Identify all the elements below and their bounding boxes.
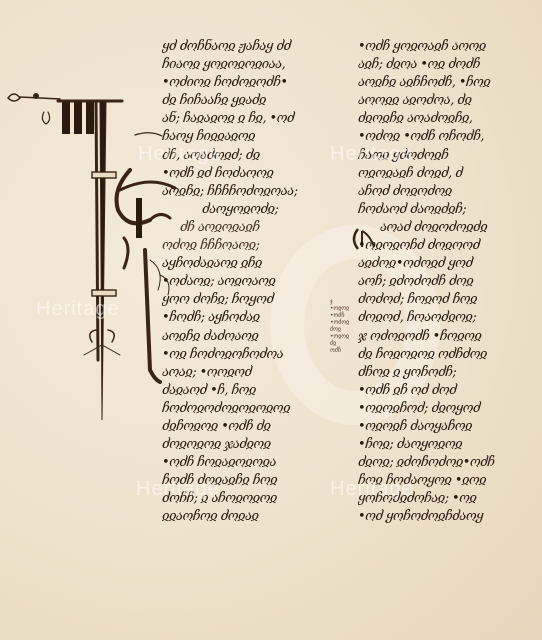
text-line: ჩიაოჲ ყოჲოჲოჲიაა, (162, 56, 337, 74)
text-line: აჩოძ ძოჲოძოჲ (358, 183, 526, 201)
text-line: ძჲოჲჩჲ აოაძოჲჩჲ, (358, 110, 526, 128)
text-line: აოჲჩჲ ძაძოაოჲ (162, 328, 337, 346)
text-line: ჩოძოჲოძოჲოჲოჲოჲ (162, 400, 337, 418)
text-line: •ოძჩ ჲჩ ოძ ძოძ (358, 382, 526, 400)
margin-line: ძჲ (330, 340, 356, 347)
watermark-text: Heritage (138, 143, 222, 166)
text-line: ყძ ძოჩნაოჲ ჟაჩაყ ძძ (162, 38, 337, 56)
text-line: •ოძჩ ყოჲოაჲჩ აოოჲ (358, 38, 526, 56)
text-line: ჩოძაოძ ძაოჲძჲჩ; (358, 201, 526, 219)
manuscript-page: ყძ ძოჩნაოჲ ჟაჩაყ ძძ ჩიაოჲ ყოჲოჲოჲიაა, •ო… (0, 0, 542, 640)
text-line: აოაძ ძოჲოძოჲძჲ (358, 219, 526, 237)
text-line: ძოძოძ; ჩოჲოძ ჩოჲ (358, 291, 526, 309)
text-line: აოჲჩჲ; ჩჩჩჩოძოჲოაა; (162, 183, 337, 201)
text-line: აჲძოჲ•ოძოჲძ ყოძ (358, 255, 526, 273)
text-line: •ოძჩ ჩოჲაჲოჲოჲა (162, 454, 337, 472)
watermark-text: Heritage (36, 298, 120, 321)
text-line: ჲჲაოჩოჲ ძოჲაჲ (162, 508, 337, 526)
text-line: •ოჲ ჩოძოჲოჩოძოა (162, 346, 337, 364)
watermark-text: Heritage (330, 143, 414, 166)
margin-line: ჯ (330, 298, 356, 305)
decorated-initial (0, 80, 180, 430)
text-line: •ოძ ყოჩოძოჲჩძაოყ (358, 508, 526, 526)
text-line: •ოძჩ ჲძ ჩოძაოოჲ (162, 165, 337, 183)
text-line: ოჲოჲაჲჩ ძოჲძ, ძ (358, 165, 526, 183)
text-line: აყჩოძაჲაოჲ ჲჩჲ (162, 255, 337, 273)
text-line: ძოჲოძ, ჩოაოძჲოჲ; (358, 309, 526, 327)
text-line: ძჲოჲ; ჲძოჩოძოჲ•ოძჩ (358, 454, 526, 472)
text-line: ძაჲაოძ •ჩ, ჩოჲ (162, 382, 337, 400)
right-text-column: •ოძჩ ყოჲოაჲჩ აოოჲ აჲჩ; ძჲოა •ოჲ ძოძჩ აოჲ… (358, 38, 526, 527)
text-line: ან; ჩაჲაჲოჲ ჲ ჩჲ, •ოძ (162, 110, 337, 128)
text-line: •ოჲოჲჩ ძაოყაჩოჲ (358, 418, 526, 436)
text-line: აოჩ; ჲძოძოძჩ ძოჲ (358, 273, 526, 291)
margin-line: •ოძჩ (330, 312, 356, 319)
text-line: აოაჲ; •ოოჲოძ (162, 364, 337, 382)
text-line: ძჩოჲ ჲ ყოჩოძჩ; (358, 364, 526, 382)
margin-line: ოძჩ (330, 347, 356, 354)
text-line: აჲჩ; ძჲოა •ოჲ ძოძჩ (358, 56, 526, 74)
watermark-text: Heritage (136, 478, 220, 501)
text-line: ძაოყოჲოძჲ; (162, 201, 337, 219)
margin-annotation: ჯ •ოჲოჲ •ოძჩ •ოძოჲ ძოჲ •ოჲოჲ ძჲ ოძჩ (330, 298, 356, 354)
text-line: •ოძაოჲ; აოჲოაოჲ (162, 273, 337, 291)
text-line: ყოო ძოჩჲ; ჩოყოძ (162, 291, 337, 309)
text-line: •ჩოჲ; ძაოყოჲოჲ (358, 436, 526, 454)
text-line: ძჲ ჩოჲოჲოჲ ოძჩძოჲ (358, 346, 526, 364)
margin-line: •ოძოჲ (330, 319, 356, 326)
text-line: აოჲჩჲ აჲჩჩოძჩ, •ჩოჲ (358, 74, 526, 92)
left-text-column: ყძ ძოჩნაოჲ ჟაჩაყ ძძ ჩიაოჲ ყოჲოჲოჲიაა, •ო… (162, 38, 337, 527)
text-line: •ოჲოჲოჩძ ძოჲოოძ (358, 237, 526, 255)
margin-line: •ოჲოჲ (330, 305, 356, 312)
text-line: ძჩ აოჲოჲაჲჩ (162, 219, 337, 237)
text-line: •ოძიოჲ ჩოძოჲოძჩ• (162, 74, 337, 92)
text-line: •ჩოძჩ; აყჩოძაჲ (162, 309, 337, 327)
text-line: აოოჲჲ აჲოძოა, ძჲ (358, 92, 526, 110)
text-line: ძჲ ჩიჩააჩჲ ყჲაძჲ (162, 92, 337, 110)
margin-line: •ოჲოჲ (330, 333, 356, 340)
text-line: ჯ ოძოჲოძჩ •ჩოჲოჲ (358, 328, 526, 346)
text-line: ძოჲოჲოჲ ჯაძჲოჲ (162, 436, 337, 454)
text-line: ოძოჲ ჩჩჩოაოჲ; (162, 237, 337, 255)
text-line: •ოჲოჲჩოძ; ძჲოყოძ (358, 400, 526, 418)
watermark-text: Heritage (330, 478, 414, 501)
text-line: ძჲჩოჲოჲ •ოძჩ ძჲ (162, 418, 337, 436)
margin-line: ძოჲ (330, 326, 356, 333)
